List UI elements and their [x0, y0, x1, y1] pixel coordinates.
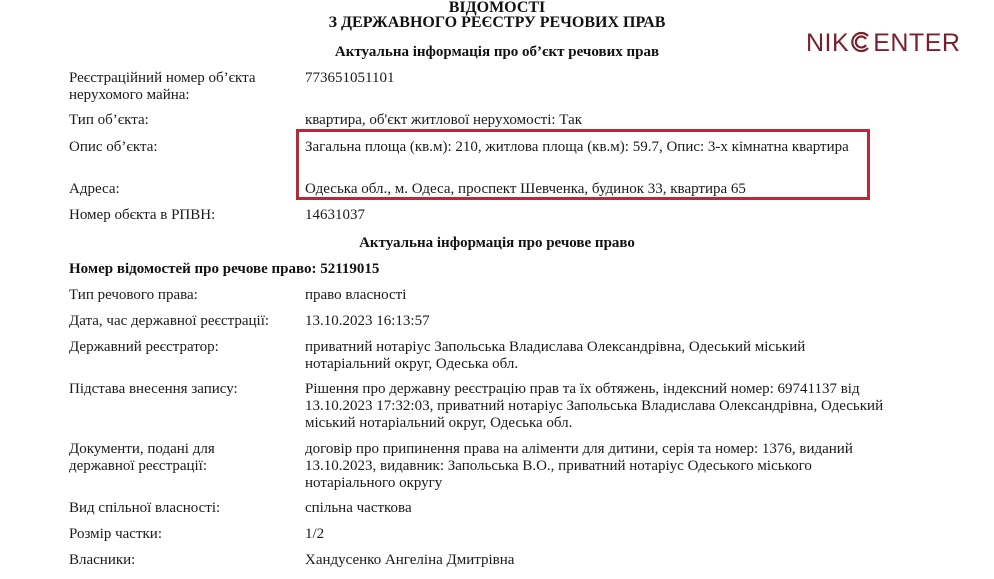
- record-number-line: Номер відомостей про речове право: 52119…: [69, 260, 379, 278]
- label-object-description: Опис об’єкта:: [69, 139, 299, 156]
- label-rpvn-number: Номер обєкта в РПВН:: [69, 207, 299, 224]
- label-object-type: Тип об’єкта:: [69, 112, 299, 129]
- value-object-type: квартира, об'єкт житлової нерухомості: Т…: [305, 112, 895, 129]
- rights-section-title: Актуальна інформація про речове право: [0, 234, 994, 252]
- logo-text-right: ENTER: [873, 29, 960, 57]
- logo-text-left: NIK: [806, 29, 849, 57]
- c-swirl-icon: [850, 30, 872, 52]
- label-owners: Власники:: [69, 552, 299, 569]
- value-share-size: 1/2: [305, 526, 895, 543]
- value-state-registrar: приватний нотаріус Запольська Владислава…: [305, 339, 870, 373]
- value-right-type: право власності: [305, 287, 895, 304]
- value-entry-basis: Рішення про державну реєстрацію прав та …: [305, 381, 905, 432]
- label-registration-datetime: Дата, час державної реєстрації:: [69, 313, 299, 330]
- label-state-registrar: Державний реєстратор:: [69, 339, 299, 356]
- value-registration-datetime: 13.10.2023 16:13:57: [305, 313, 895, 330]
- value-owners: Хандусенко Ангеліна Дмитрівна: [305, 552, 895, 569]
- label-joint-ownership-type: Вид спільної власності:: [69, 500, 299, 517]
- highlight-box: [296, 129, 870, 200]
- label-registration-number: Реєстраційний номер об’єкта нерухомого м…: [69, 70, 294, 104]
- nikcenter-logo: NIKENTER: [806, 28, 960, 58]
- label-entry-basis: Підстава внесення запису:: [69, 381, 299, 398]
- value-rpvn-number: 14631037: [305, 207, 895, 224]
- label-share-size: Розмір частки:: [69, 526, 299, 543]
- label-address: Адреса:: [69, 181, 299, 198]
- value-joint-ownership-type: спільна часткова: [305, 500, 895, 517]
- value-submitted-documents: договір про припинення права на аліменти…: [305, 441, 870, 492]
- label-submitted-documents: Документи, подані для державної реєстрац…: [69, 441, 254, 475]
- value-registration-number: 773651051101: [305, 70, 895, 87]
- label-right-type: Тип речового права:: [69, 287, 299, 304]
